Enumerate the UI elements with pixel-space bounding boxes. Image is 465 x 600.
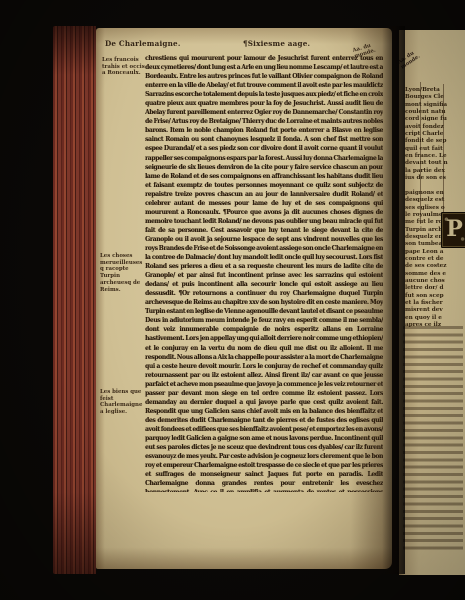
fore-edge-page-stack bbox=[53, 26, 96, 574]
margin-note-turpin: Les choses merueilleuses q racopte Turpi… bbox=[100, 253, 145, 293]
gutter-shadow bbox=[382, 26, 405, 574]
woodcut-initial: P bbox=[441, 212, 465, 248]
right-page-sliver: Aa. du monde. Lyon/Breta Bourges Cle mon… bbox=[399, 30, 465, 575]
sliver-text-lines: Lyon/Breta Bourges Cle mont signifia cou… bbox=[405, 87, 448, 329]
margin-note-roncevaux: Les francois trahis et occis a Ronceaulx… bbox=[102, 57, 147, 77]
illegible-text-texture bbox=[403, 326, 463, 554]
body-text-block: chrestiens qui moururent pour lamour de … bbox=[145, 54, 383, 492]
running-header-right: ¶Sixiesme aage. bbox=[243, 39, 310, 48]
margin-note-eglise: Les biens que feist Charlemaigne a legli… bbox=[100, 389, 145, 416]
running-header-left: De Charlemaigne. bbox=[105, 39, 181, 48]
left-page: De Charlemaigne. ¶Sixiesme aage. Aa. du … bbox=[96, 28, 392, 569]
book-photo: De Charlemaigne. ¶Sixiesme aage. Aa. du … bbox=[0, 0, 465, 600]
